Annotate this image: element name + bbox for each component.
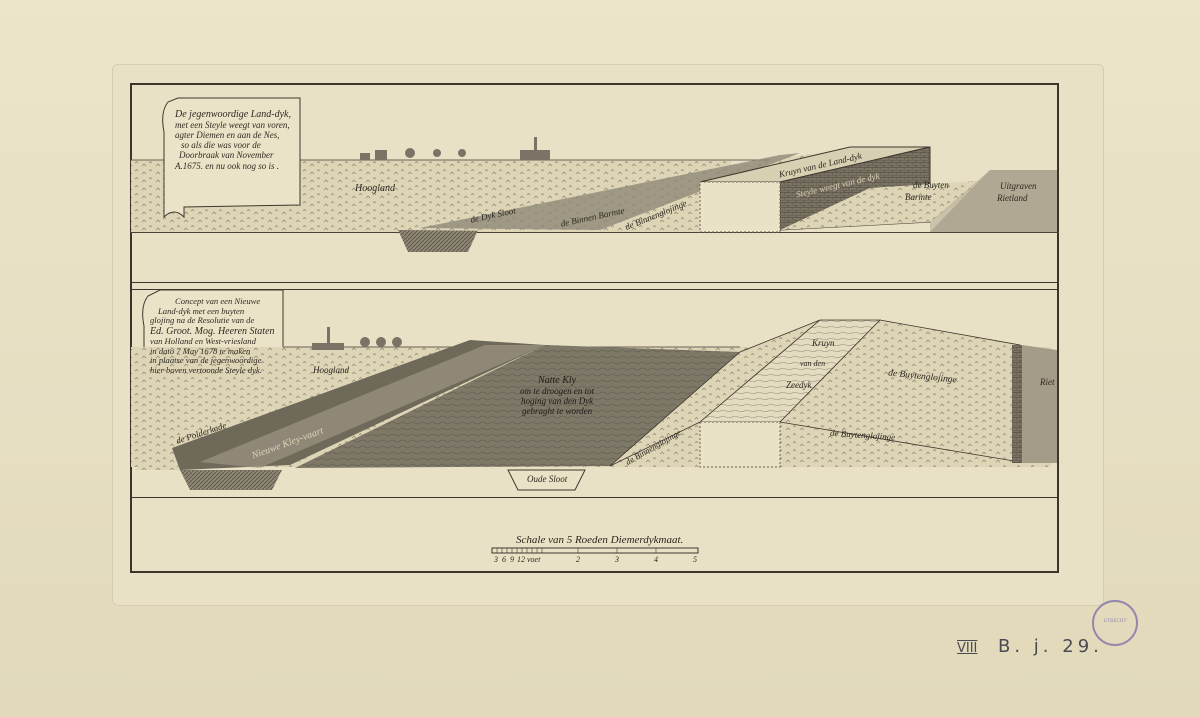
- natte-kley-line: om te droogen en tot: [520, 386, 594, 396]
- scale-tick: 6: [502, 555, 506, 564]
- bottom-cartouche-line: glojing na de Resolutie van de: [150, 316, 275, 326]
- scale-title: Schale van 5 Roeden Diemerdykmaat.: [516, 534, 683, 546]
- top-cartouche-line: A.1675. en nu ook nog so is .: [175, 161, 291, 171]
- top-cartouche: De jegenwoordige Land-dyk, met een Steyl…: [175, 109, 291, 171]
- natte-kley-line: hoging van den Dyk: [520, 396, 594, 406]
- stamp-text: UTRECHT: [1103, 619, 1126, 624]
- top-cartouche-line: met een Steyle weegt van voren,: [175, 120, 291, 130]
- top-cartouche-line: so als die was voor de: [175, 140, 291, 150]
- top-cartouche-line: agter Diemen en aan de Nes,: [175, 130, 291, 140]
- label-riet: Riet: [1040, 377, 1055, 387]
- scale-tick: 3: [494, 555, 498, 564]
- bottom-cartouche-line: hier boven vertoonde Steyle dyk.: [150, 366, 275, 376]
- top-cartouche-line: De jegenwoordige Land-dyk,: [175, 109, 291, 120]
- scale-tick: 5: [693, 555, 697, 564]
- library-stamp: UTRECHT: [1092, 600, 1138, 646]
- scale-tick: 12 voet: [517, 555, 540, 564]
- shelfmark-roman: VIII: [957, 641, 977, 656]
- scale-tick: 2: [576, 555, 580, 564]
- label-oude-sloot: Oude Sloot: [527, 474, 567, 484]
- label-kruyn-3: Zeedyk: [786, 380, 811, 390]
- label-buyten-1: de Buyten: [913, 180, 949, 190]
- top-cartouche-line: Doorbraak van November: [175, 150, 291, 160]
- shelfmark: B. j. 29.: [998, 636, 1103, 657]
- bottom-cartouche: Concept van een Nieuwe Land-dyk met een …: [150, 297, 275, 376]
- scale-tick: 3: [615, 555, 619, 564]
- label-uitgraven-1: Uitgraven: [1000, 181, 1037, 191]
- label-hoogland-bottom: Hoogland: [313, 365, 349, 375]
- label-hoogland-top: Hoogland: [355, 183, 395, 194]
- label-kruyn-1: Kruyn: [812, 338, 835, 348]
- label-natte-kley: Natte Kly om te droogen en tot hoging va…: [520, 375, 594, 416]
- scale-tick: 9: [510, 555, 514, 564]
- label-kruyn-2: van den: [800, 359, 825, 368]
- label-uitgraven-2: Rietland: [997, 193, 1028, 203]
- natte-kley-line: gebraght te worden: [520, 406, 594, 416]
- label-buyten-2: Barmte: [905, 192, 932, 202]
- scale-tick: 4: [654, 555, 658, 564]
- natte-kley-line: Natte Kly: [520, 375, 594, 386]
